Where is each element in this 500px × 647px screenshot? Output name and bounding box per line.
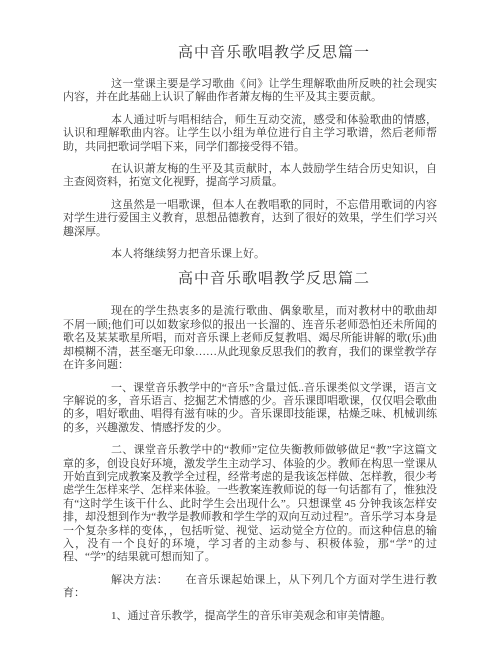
- paragraph: 二、课堂音乐教学中的“教师”定位失衡教师做够做足“教”字这篇文章的多，创设良好环…: [63, 444, 437, 565]
- paragraph: 解决方法： 在音乐课起始课上，从下列几个方面对学生进行教育：: [63, 574, 437, 601]
- paragraph: 在认识萧友梅的生平及其贡献时，本人鼓励学生结合历史知识，自主查阅资料，拓宽文化视…: [63, 163, 437, 190]
- paragraph: 这虽然是一唱歌课，但本人在教唱歌的同时，不忘借用歌词的内容对学生进行爱国主义教育…: [63, 199, 437, 239]
- paragraph: 这一堂课主要是学习歌曲《问》让学生理解歌曲所反映的社会现实内容，并在此基础上认识…: [63, 78, 437, 105]
- paragraph: 本人将继续努力把音乐课上好。: [63, 248, 437, 261]
- paragraph: 一、课堂音乐教学中的“音乐”含量过低..音乐课类似文学课，语言文字解说的多，音乐…: [63, 382, 437, 436]
- paragraph: 本人通过听与唱相结合，师生互动交流，感受和体验歌曲的情感，认识和理解歌曲内容。让…: [63, 114, 437, 154]
- section-2-title: 高中音乐歌唱教学反思篇二: [111, 270, 437, 289]
- document-page: 高中音乐歌唱教学反思篇一 这一堂课主要是学习歌曲《问》让学生理解歌曲所反映的社会…: [0, 0, 500, 647]
- paragraph: 现在的学生热衷多的是流行歌曲、偶象歌星，而对教材中的歌曲却不屑一顾;他们可以如数…: [63, 305, 437, 372]
- section-1-title: 高中音乐歌唱教学反思篇一: [111, 44, 437, 63]
- paragraph: 1、通过音乐教学，提高学生的音乐审美观念和审美情趣。: [63, 610, 437, 623]
